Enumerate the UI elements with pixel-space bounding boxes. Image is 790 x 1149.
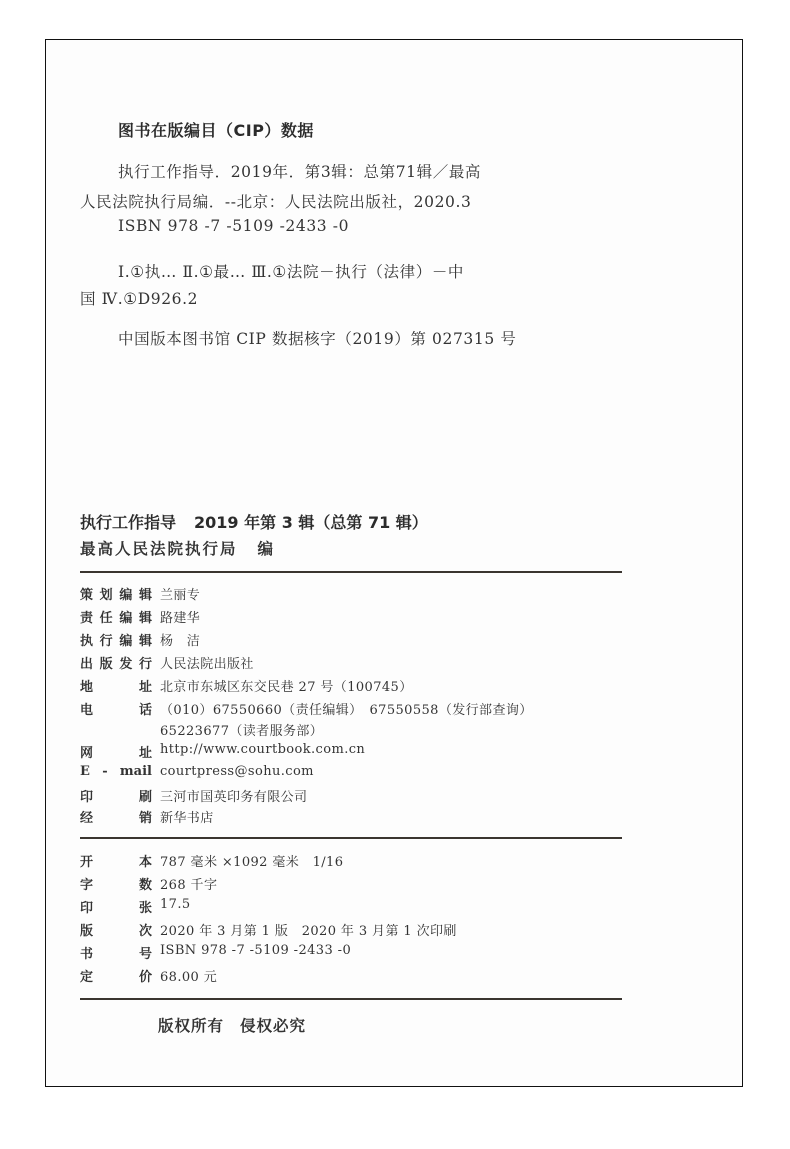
editor-org: 最高人民法院执行局 xyxy=(80,539,238,558)
label-char: 编 xyxy=(119,630,132,649)
staff-row: 责任编辑路建华 xyxy=(80,607,200,626)
piracy-warning: 侵权必究 xyxy=(240,1017,306,1035)
spec-label: 开本 xyxy=(80,851,160,870)
staff-label: 地址 xyxy=(80,676,160,695)
spec-value: 2020 年 3 月第 1 版 2020 年 3 月第 1 次印刷 xyxy=(160,920,457,939)
label-char: 销 xyxy=(139,807,152,826)
label-char: 本 xyxy=(139,851,152,870)
spec-row: 字数268 千字 xyxy=(80,874,217,893)
label-char: 发 xyxy=(119,653,132,672)
spec-label: 书号 xyxy=(80,943,160,962)
cip-title: 图书在版编目（CIP）数据 xyxy=(118,118,314,141)
staff-row: 网址http://www.courtbook.com.cn xyxy=(80,742,365,761)
label-char: 编 xyxy=(119,607,132,626)
label-char: 行 xyxy=(100,630,113,649)
copyright-notice: 版权所有侵权必究 xyxy=(158,1014,306,1036)
spec-label: 字数 xyxy=(80,874,160,893)
cip-record-number: 中国版本图书馆 CIP 数据核字（2019）第 027315 号 xyxy=(118,327,516,349)
label-char: 号 xyxy=(139,943,152,962)
label-char: 次 xyxy=(139,920,152,939)
label-char: E xyxy=(80,764,90,779)
label-char: 任 xyxy=(100,607,113,626)
staff-row: 印刷三河市国英印务有限公司 xyxy=(80,786,307,805)
staff-value: 杨 洁 xyxy=(160,630,200,649)
cip-line-2: 人民法院执行局编．--北京：人民法院出版社，2020.3 xyxy=(80,190,472,212)
spec-value: 787 毫米 ×1092 毫米 1/16 xyxy=(160,851,343,870)
label-char: 版 xyxy=(80,920,93,939)
label-char: 执 xyxy=(80,630,93,649)
label-char: 划 xyxy=(100,584,113,603)
rights-reserved: 版权所有 xyxy=(158,1017,224,1035)
staff-value: 65223677（读者服务部） xyxy=(160,720,323,739)
staff-row: 出版发行人民法院出版社 xyxy=(80,653,254,672)
label-char: 责 xyxy=(80,607,93,626)
divider-rule xyxy=(80,571,622,573)
staff-row: 策划编辑兰丽专 xyxy=(80,584,200,603)
label-char: 张 xyxy=(139,897,152,916)
spec-row: 定价68.00 元 xyxy=(80,966,217,985)
label-char: 出 xyxy=(80,653,93,672)
book-title-issue: 2019 年第 3 辑（总第 71 辑） xyxy=(194,513,428,532)
spec-label: 版次 xyxy=(80,920,160,939)
label-char: 印 xyxy=(80,897,93,916)
staff-value: 三河市国英印务有限公司 xyxy=(160,786,307,805)
label-char: 策 xyxy=(80,584,93,603)
label-char: 址 xyxy=(139,742,152,761)
label-char: 书 xyxy=(80,943,93,962)
staff-value: 路建华 xyxy=(160,607,200,626)
staff-label: 网址 xyxy=(80,742,160,761)
staff-label xyxy=(80,720,160,739)
staff-label: 经销 xyxy=(80,807,160,826)
editor-line: 最高人民法院执行局编 xyxy=(80,537,275,559)
staff-label: 印刷 xyxy=(80,786,160,805)
staff-row: E-mailcourtpress@sohu.com xyxy=(80,764,314,779)
label-char: 网 xyxy=(80,742,93,761)
label-char: 辑 xyxy=(139,630,152,649)
label-char: 数 xyxy=(139,874,152,893)
spec-label: 印张 xyxy=(80,897,160,916)
label-char: 定 xyxy=(80,966,93,985)
spec-value: 17.5 xyxy=(160,897,191,916)
staff-label: 出版发行 xyxy=(80,653,160,672)
staff-label: 执行编辑 xyxy=(80,630,160,649)
staff-label: 电话 xyxy=(80,699,160,718)
spec-value: 268 千字 xyxy=(160,874,217,893)
editor-role: 编 xyxy=(258,539,276,558)
staff-value: （010）67550660（责任编辑） 67550558（发行部查询） xyxy=(160,699,533,718)
staff-row: 地址北京市东城区东交民巷 27 号（100745） xyxy=(80,676,413,695)
label-char: - xyxy=(102,764,107,779)
spec-value: ISBN 978 -7 -5109 -2433 -0 xyxy=(160,943,351,962)
staff-value: http://www.courtbook.com.cn xyxy=(160,742,365,761)
label-char: 字 xyxy=(80,874,93,893)
label-char: 经 xyxy=(80,807,93,826)
staff-row: 执行编辑杨 洁 xyxy=(80,630,200,649)
spec-row: 版次2020 年 3 月第 1 版 2020 年 3 月第 1 次印刷 xyxy=(80,920,457,939)
cip-classification-2: 国 Ⅳ.①D926.2 xyxy=(80,287,198,309)
staff-value: 新华书店 xyxy=(160,807,214,826)
staff-value: 人民法院出版社 xyxy=(160,653,254,672)
label-char: 地 xyxy=(80,676,93,695)
spec-label: 定价 xyxy=(80,966,160,985)
divider-rule xyxy=(80,837,622,839)
staff-row: 经销新华书店 xyxy=(80,807,214,826)
label-char: 辑 xyxy=(139,607,152,626)
spec-row: 书号ISBN 978 -7 -5109 -2433 -0 xyxy=(80,943,351,962)
staff-value: 北京市东城区东交民巷 27 号（100745） xyxy=(160,676,413,695)
label-char: 版 xyxy=(100,653,113,672)
label-char: 址 xyxy=(139,676,152,695)
label-char: 编 xyxy=(119,584,132,603)
staff-value: courtpress@sohu.com xyxy=(160,764,314,779)
cip-isbn: ISBN 978 -7 -5109 -2433 -0 xyxy=(118,217,349,235)
cip-classification-1: Ⅰ.①执… Ⅱ.①最… Ⅲ.①法院－执行（法律）－中 xyxy=(118,260,464,282)
label-char: 辑 xyxy=(139,584,152,603)
label-char: 价 xyxy=(139,966,152,985)
staff-row: 65223677（读者服务部） xyxy=(80,720,323,739)
label-char: 刷 xyxy=(139,786,152,805)
label-char: 开 xyxy=(80,851,93,870)
book-title-name: 执行工作指导 xyxy=(80,513,176,532)
staff-label: 策划编辑 xyxy=(80,584,160,603)
spec-row: 印张17.5 xyxy=(80,897,191,916)
label-char: 印 xyxy=(80,786,93,805)
staff-value: 兰丽专 xyxy=(160,584,200,603)
spec-row: 开本787 毫米 ×1092 毫米 1/16 xyxy=(80,851,343,870)
book-title: 执行工作指导2019 年第 3 辑（总第 71 辑） xyxy=(80,510,428,533)
cip-line-1: 执行工作指导．2019年．第3辑：总第71辑／最高 xyxy=(118,160,481,182)
spec-value: 68.00 元 xyxy=(160,966,217,985)
label-char: 话 xyxy=(139,699,152,718)
label-char: 电 xyxy=(80,699,93,718)
staff-row: 电话（010）67550660（责任编辑） 67550558（发行部查询） xyxy=(80,699,533,718)
label-char: mail xyxy=(120,764,152,779)
label-char: 行 xyxy=(139,653,152,672)
staff-label: E-mail xyxy=(80,764,160,779)
staff-label: 责任编辑 xyxy=(80,607,160,626)
divider-rule xyxy=(80,998,622,1000)
